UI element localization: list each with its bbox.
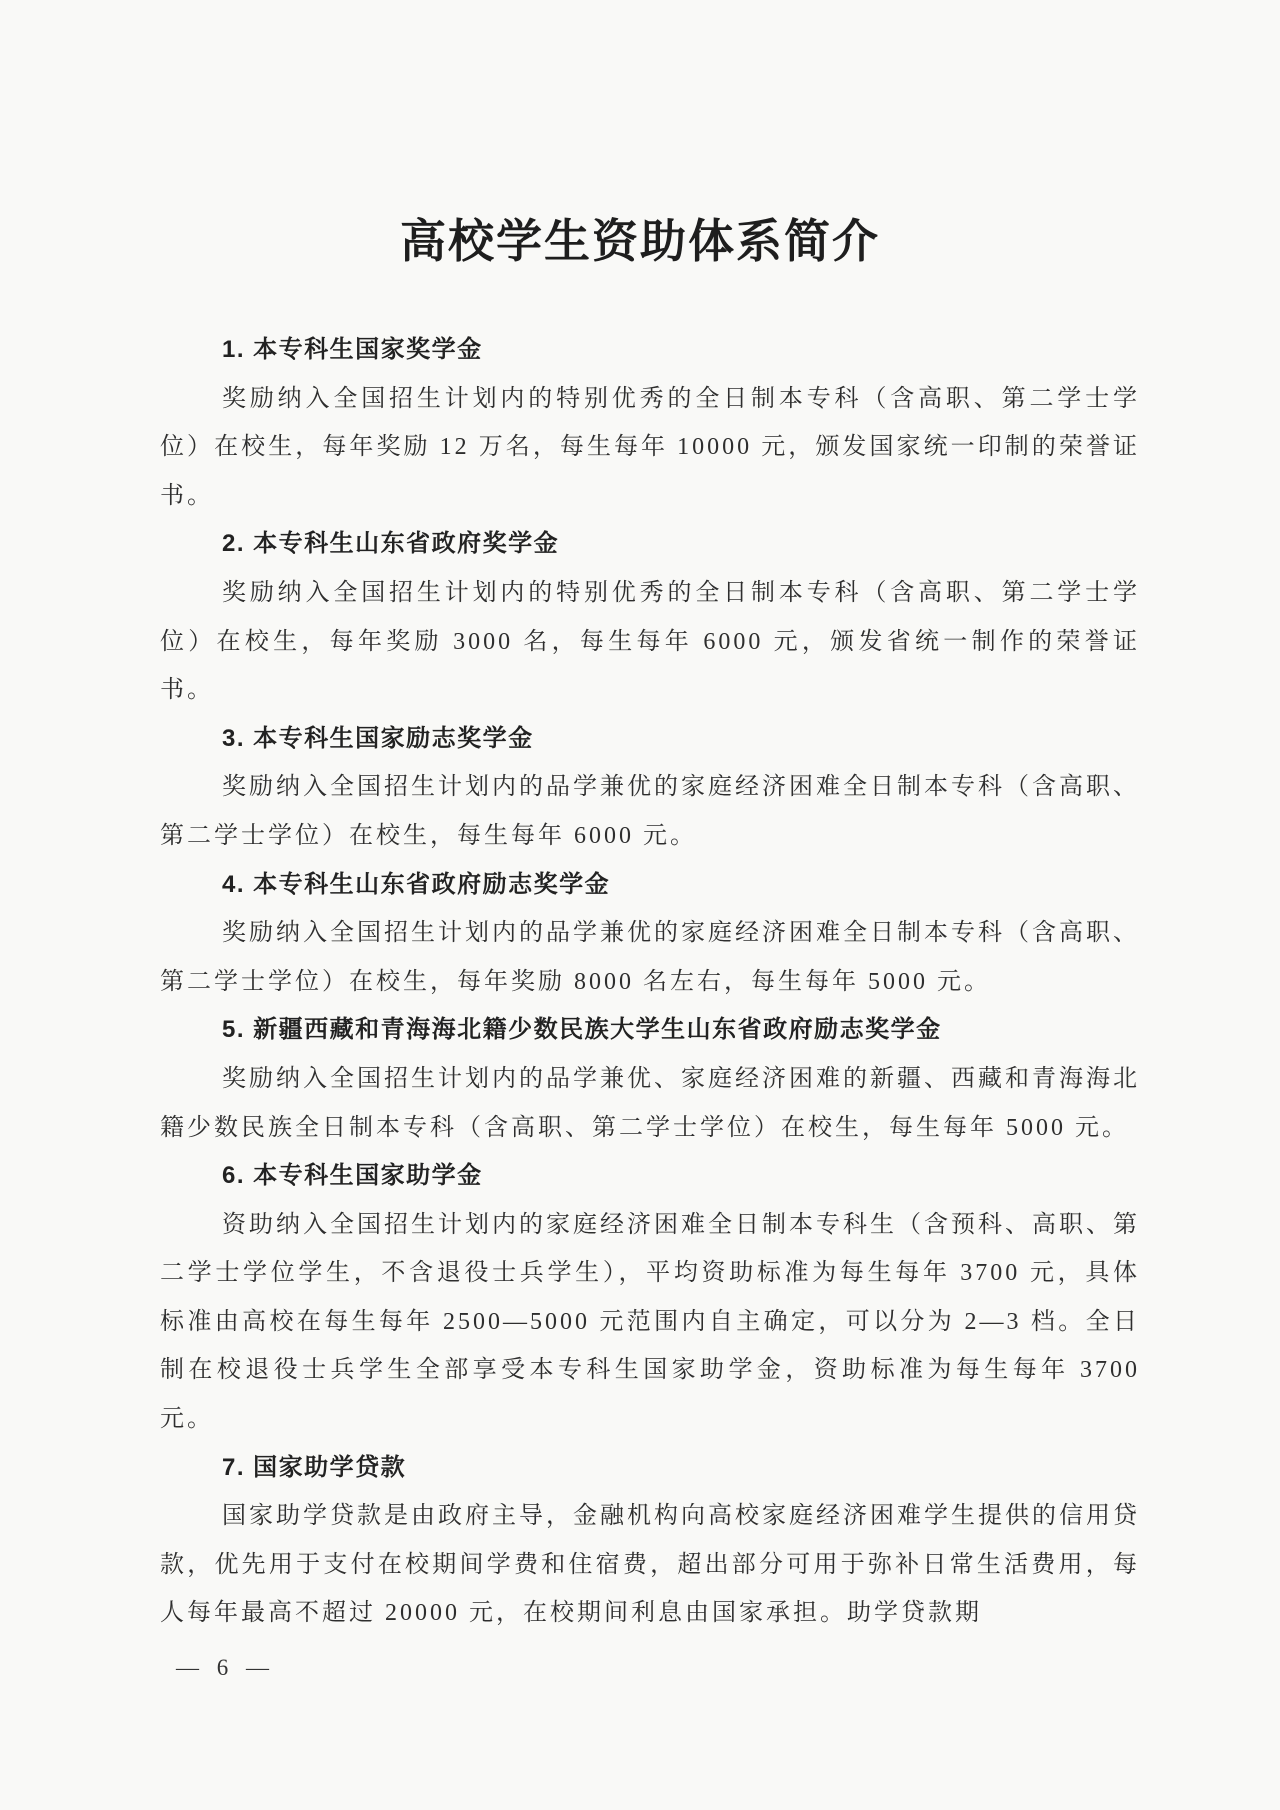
section-paragraph: 奖励纳入全国招生计划内的品学兼优、家庭经济困难的新疆、西藏和青海海北籍少数民族全… xyxy=(160,1055,1140,1152)
section-heading: 1. 本专科生国家奖学金 xyxy=(160,326,1140,375)
section-paragraph: 奖励纳入全国招生计划内的特别优秀的全日制本专科（含高职、第二学士学位）在校生，每… xyxy=(160,569,1140,715)
section-paragraph: 奖励纳入全国招生计划内的特别优秀的全日制本专科（含高职、第二学士学位）在校生，每… xyxy=(160,375,1140,521)
section-heading: 2. 本专科生山东省政府奖学金 xyxy=(160,520,1140,569)
section-paragraph: 奖励纳入全国招生计划内的品学兼优的家庭经济困难全日制本专科（含高职、第二学士学位… xyxy=(160,763,1140,860)
section-heading: 6. 本专科生国家助学金 xyxy=(160,1152,1140,1201)
section-heading: 7. 国家助学贷款 xyxy=(160,1444,1140,1493)
section-paragraph: 国家助学贷款是由政府主导，金融机构向高校家庭经济困难学生提供的信用贷款，优先用于… xyxy=(160,1492,1140,1638)
page-number: — 6 — xyxy=(176,1655,275,1681)
document-content: 1. 本专科生国家奖学金 奖励纳入全国招生计划内的特别优秀的全日制本专科（含高职… xyxy=(160,326,1140,1638)
section-paragraph: 奖励纳入全国招生计划内的品学兼优的家庭经济困难全日制本专科（含高职、第二学士学位… xyxy=(160,909,1140,1006)
document-page: 高校学生资助体系简介 1. 本专科生国家奖学金 奖励纳入全国招生计划内的特别优秀… xyxy=(0,0,1280,1810)
section-heading: 5. 新疆西藏和青海海北籍少数民族大学生山东省政府励志奖学金 xyxy=(160,1006,1140,1055)
section-heading: 3. 本专科生国家励志奖学金 xyxy=(160,715,1140,764)
section-paragraph: 资助纳入全国招生计划内的家庭经济困难全日制本专科生（含预科、高职、第二学士学位学… xyxy=(160,1201,1140,1444)
document-title: 高校学生资助体系简介 xyxy=(0,0,1280,268)
section-heading: 4. 本专科生山东省政府励志奖学金 xyxy=(160,861,1140,910)
